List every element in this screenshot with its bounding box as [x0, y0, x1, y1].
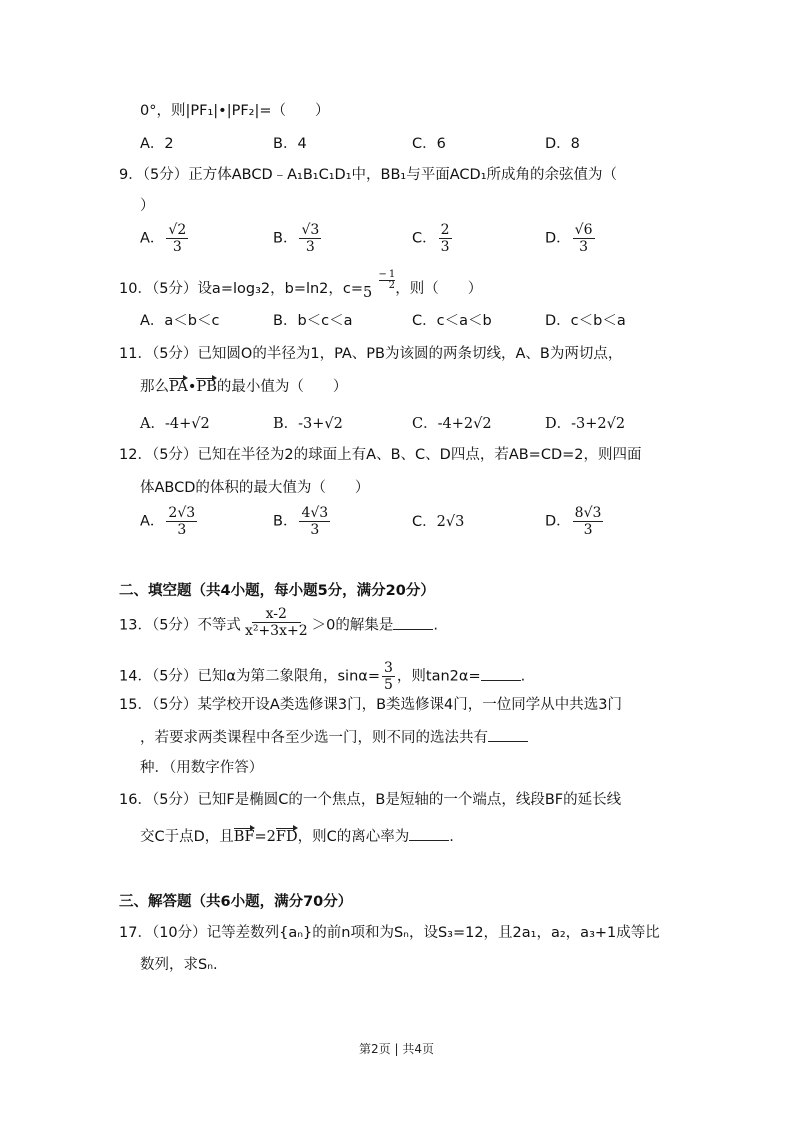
vector-pa: PA [169, 377, 188, 397]
q9-score: （5分） [143, 167, 188, 183]
q16-stem-cont: 交C于点D，且BF=2FD，则C的离心率为. [140, 826, 454, 847]
q17-stem-cont: 数列，求Sₙ. [140, 955, 218, 975]
q16-stem: 已知F是椭圆C的一个焦点，B是短轴的一个端点，线段BF的延长线 [197, 792, 621, 808]
q15-stem-cont: ，若要求两类课程中各至少选一门，则不同的选法共有 [140, 727, 528, 748]
section-2-heading: 二、填空题（共4小题，每小题5分，满分20分） [119, 581, 435, 601]
vector-pb: PB [196, 377, 216, 397]
q9-option-c: C．23 [412, 222, 454, 255]
q11-stem-cont: 那么PA•PB的最小值为（ ） [140, 377, 347, 397]
vector-bf: BF [234, 827, 255, 847]
answer-blank [409, 826, 449, 841]
question-14: 14．（5分）已知α为第二象限角，sinα=35，则tan2α=. [119, 660, 525, 693]
q9-number: 9． [119, 167, 143, 183]
q17-stem: 记等差数列{aₙ}的前n项和为Sₙ，设S₃=12，且2a₁，a₂，a₃+1成等比 [207, 925, 660, 941]
q9-stem-cont: ） [140, 196, 155, 216]
question-13: 13．（5分）不等式x-2x²+3x+2＞0的解集是. [119, 612, 438, 639]
q10-option-d: D．c＜b＜a [545, 311, 626, 331]
answer-blank [481, 666, 521, 681]
q8-option-c: C．6 [412, 134, 446, 154]
fraction: 4√33 [299, 505, 330, 538]
q11-option-c: C．-4+2√2 [412, 414, 492, 434]
fraction: √33 [299, 222, 321, 255]
q12-option-c: C．2√3 [412, 512, 464, 532]
question-15: 15．（5分）某学校开设A类选修课3门，B类选修课4门，一位同学从中共选3门 [119, 695, 622, 715]
q12-option-a: A．2√33 [140, 505, 199, 538]
fraction: 8√33 [573, 505, 604, 538]
answer-blank [488, 727, 528, 742]
question-17: 17．（10分）记等差数列{aₙ}的前n项和为Sₙ，设S₃=12，且2a₁，a₂… [119, 923, 660, 943]
vector-fd: FD [276, 827, 298, 847]
q9-stem: 正方体ABCD﹣A₁B₁C₁D₁中，BB₁与平面ACD₁所成角的余弦值为（ [188, 167, 617, 183]
question-16: 16．（5分）已知F是椭圆C的一个焦点，B是短轴的一个端点，线段BF的延长线 [119, 790, 621, 810]
section-3-heading: 三、解答题（共6小题，满分70分） [119, 892, 352, 912]
q11-option-d: D．-3+2√2 [545, 414, 625, 434]
q11-stem: 已知圆O的半径为1，PA、PB为该圆的两条切线，A、B为两切点， [197, 346, 622, 362]
q8-option-d: D．8 [545, 134, 580, 154]
q10-option-c: C．c＜a＜b [412, 311, 492, 331]
q12-stem-cont: 体ABCD的体积的最大值为（ ） [140, 478, 369, 498]
q12-option-b: B．4√33 [273, 505, 332, 538]
q10-option-b: B．b＜c＜a [273, 311, 353, 331]
q8-option-a: A．2 [140, 134, 174, 154]
fraction: 35 [382, 660, 395, 693]
q10-stem: 设a=log₃2，b=ln2，c= [197, 281, 363, 297]
q11-option-a: A．-4+√2 [140, 414, 210, 434]
q9-option-b: B．√33 [273, 222, 323, 255]
answer-blank [393, 615, 433, 630]
q12-stem: 已知在半径为2的球面上有A、B、C、D四点，若AB=CD=2，则四面 [197, 447, 641, 463]
fraction: 2√33 [166, 505, 197, 538]
fraction: √63 [573, 222, 595, 255]
question-12: 12．（5分）已知在半径为2的球面上有A、B、C、D四点，若AB=CD=2，则四… [119, 445, 642, 465]
question-11: 11．（5分）已知圆O的半径为1，PA、PB为该圆的两条切线，A、B为两切点， [119, 344, 622, 364]
q12-option-d: D．8√33 [545, 505, 605, 538]
q8-stem-tail: 0°，则|PF₁|•|PF₂|=（ ） [140, 101, 330, 121]
question-9: 9．（5分）正方体ABCD﹣A₁B₁C₁D₁中，BB₁与平面ACD₁所成角的余弦… [119, 165, 617, 185]
page-footer: 第2页 | 共4页 [0, 1040, 793, 1057]
fraction: 23 [439, 222, 452, 255]
fraction: x-2x²+3x+2 [243, 606, 310, 639]
q15-stem: 某学校开设A类选修课3门，B类选修课4门，一位同学从中共选3门 [197, 697, 622, 713]
q10-option-a: A．a＜b＜c [140, 311, 219, 331]
q11-option-b: B．-3+√2 [273, 414, 343, 434]
power-expression: 5 − 1 2 [363, 279, 395, 301]
fraction: √23 [166, 222, 188, 255]
question-10: 10．（5分）设a=log₃2，b=ln2，c=5 − 1 2 ，则（ ） [119, 279, 482, 301]
q15-stem-cont2: 种．（用数字作答） [140, 758, 263, 778]
q9-option-a: A．√23 [140, 222, 190, 255]
q9-option-d: D．√63 [545, 222, 597, 255]
q8-option-b: B．4 [273, 134, 307, 154]
